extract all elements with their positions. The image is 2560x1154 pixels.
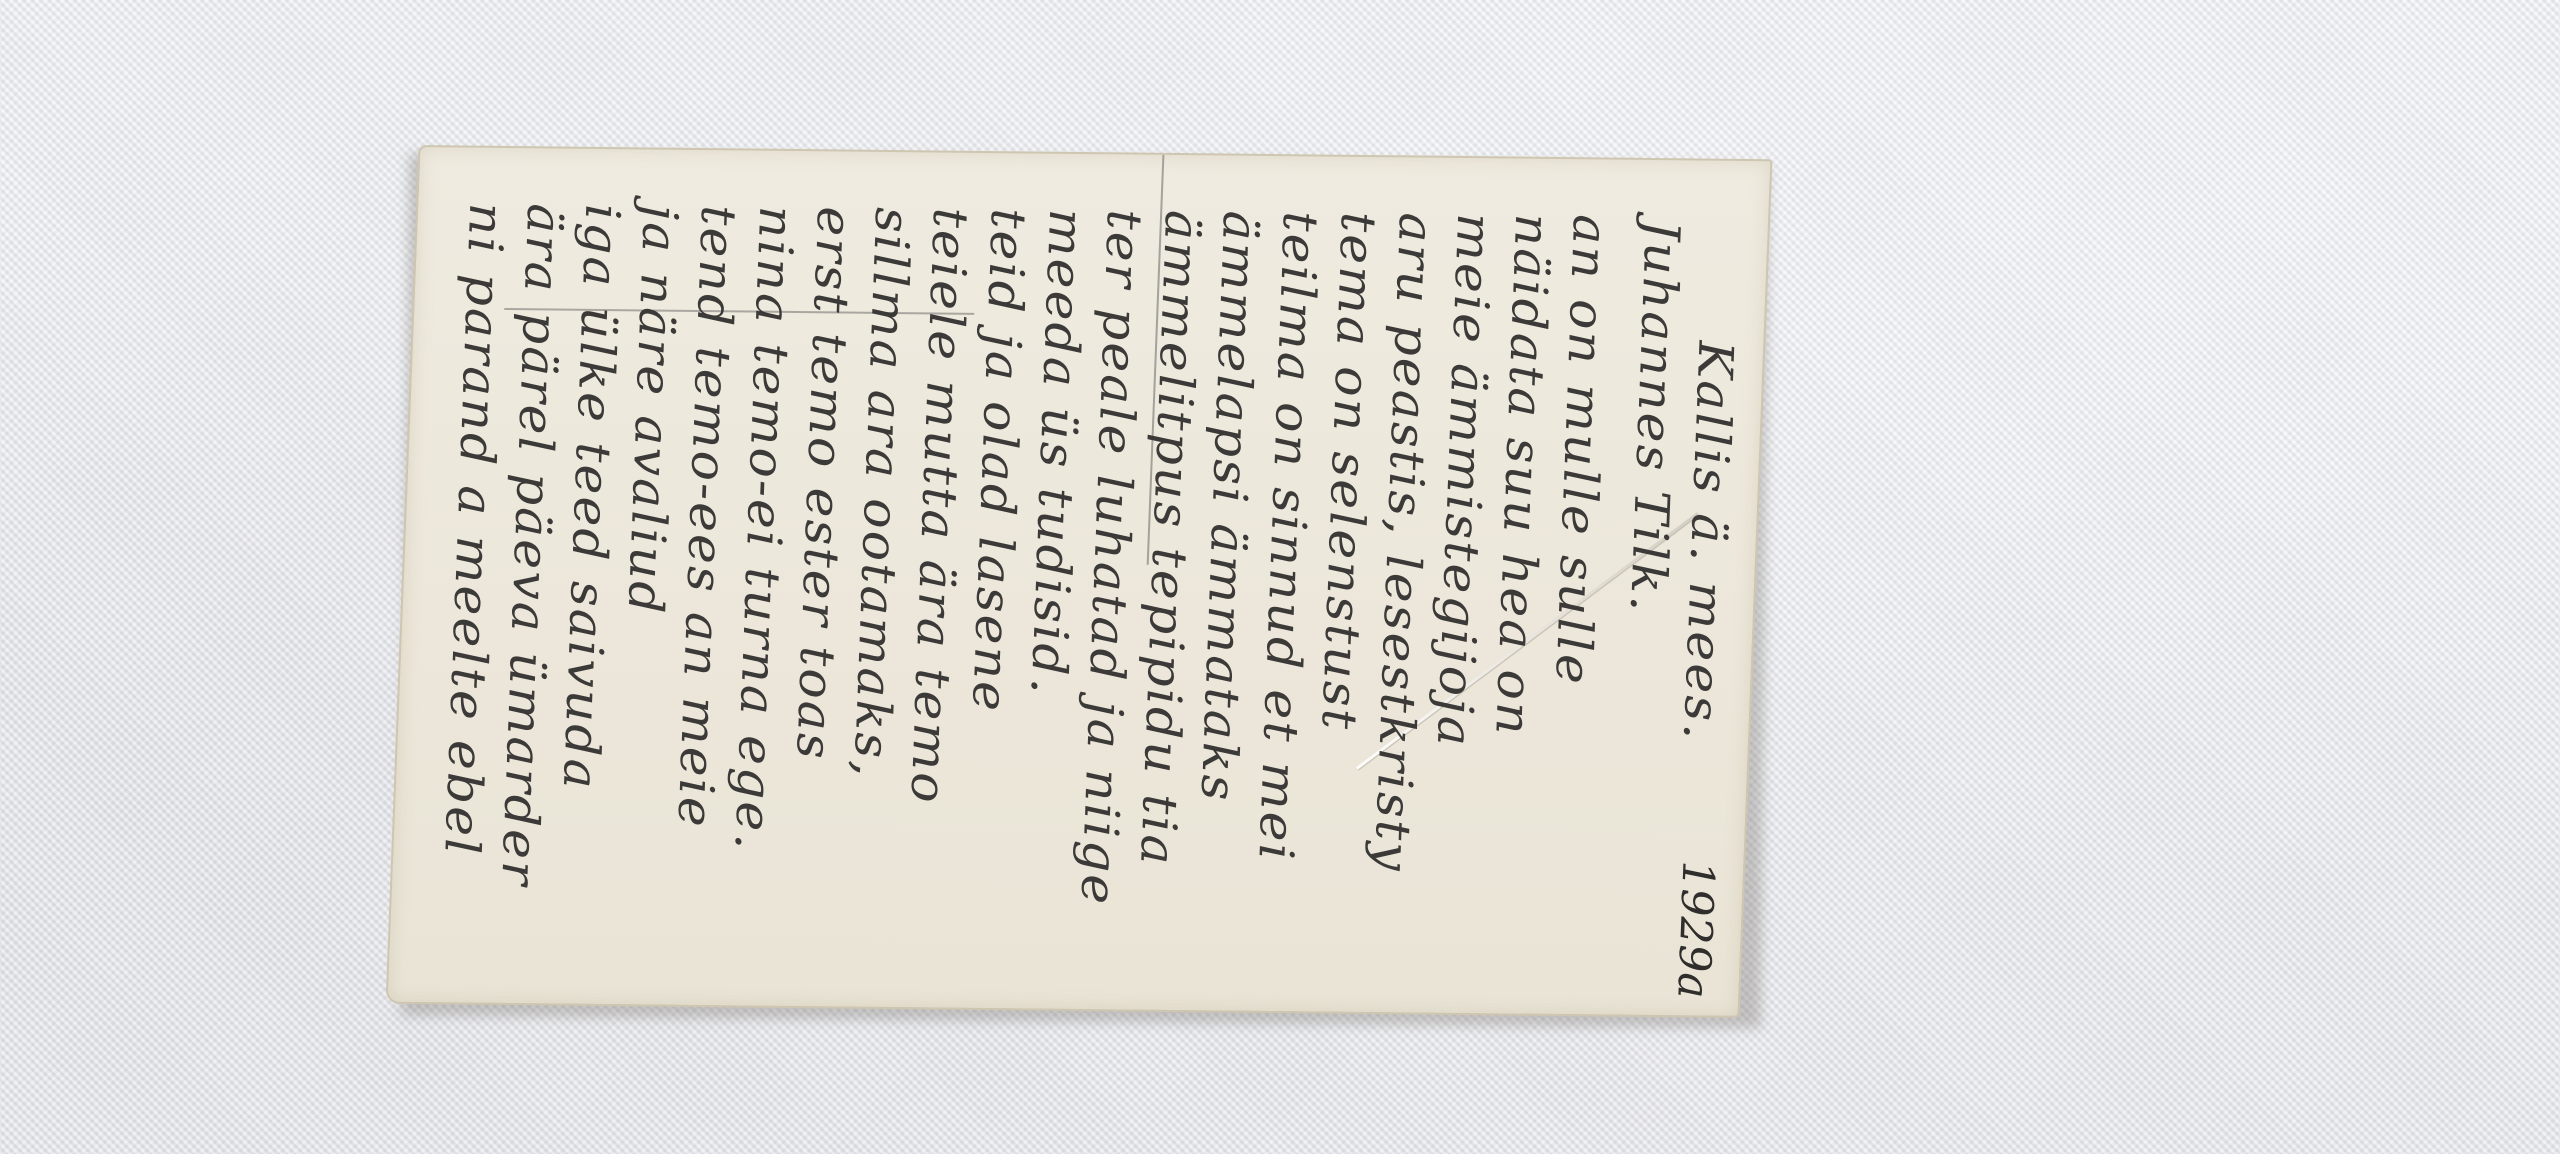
date-text: 1929a <box>1667 860 1723 999</box>
postcard: 1929a Kallis ä. mees. Juhannes Tilk. an … <box>386 145 1773 1018</box>
handwritten-text-block: 1929a Kallis ä. mees. Juhannes Tilk. an … <box>388 147 1771 1016</box>
